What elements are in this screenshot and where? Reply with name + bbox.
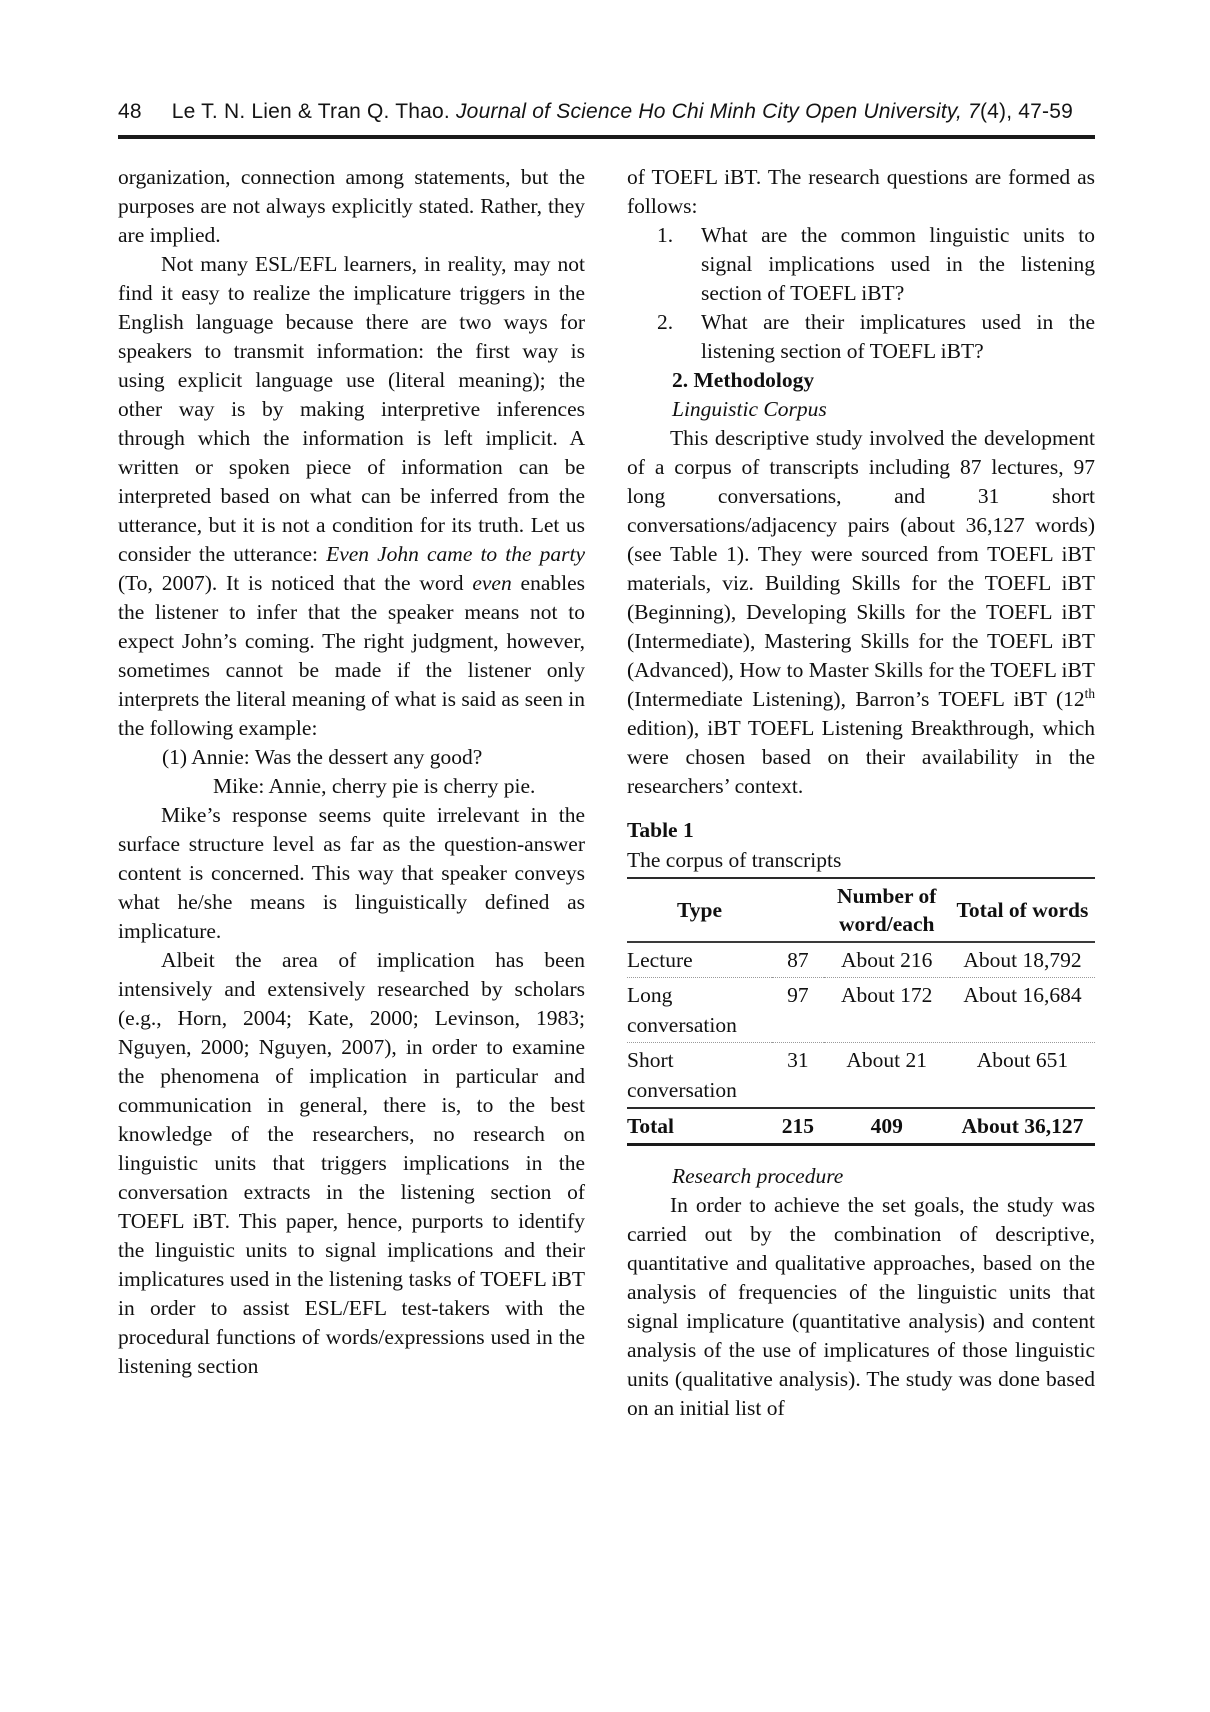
- list-item: 2.What are their implicatures used in th…: [627, 308, 1095, 366]
- table-cell-type: Long conversation: [627, 978, 772, 1043]
- table-1-block: Table 1 The corpus of transcripts Type N…: [627, 815, 1095, 1146]
- text-segment: enables the listener to infer that the s…: [118, 571, 585, 740]
- table-cell-type: Short conversation: [627, 1043, 772, 1109]
- paragraph: Not many ESL/EFL learners, in reality, m…: [118, 250, 585, 743]
- text-segment: of TOEFL iBT. The research questions are…: [627, 165, 1095, 218]
- running-head-journal: Journal of Science Ho Chi Minh City Open…: [456, 100, 980, 123]
- table-cell-count: 97: [772, 978, 823, 1043]
- text-segment: Mike: Annie, cherry pie is cherry pie.: [213, 774, 535, 798]
- right-column: of TOEFL iBT. The research questions are…: [627, 163, 1095, 1423]
- table-cell-count: 87: [772, 942, 823, 978]
- text-segment: Linguistic Corpus: [672, 397, 827, 421]
- page-number: 48: [118, 100, 142, 123]
- table-cell-per-each: About 216: [824, 942, 950, 978]
- table-row: Lecture 87 About 216 About 18,792: [627, 942, 1095, 978]
- text-segment: Mike’s response seems quite irrelevant i…: [118, 803, 585, 943]
- text-segment: Albeit the area of implication has been …: [118, 948, 585, 1378]
- table-cell-total: About 651: [950, 1043, 1095, 1109]
- table-cell-total: About 16,684: [950, 978, 1095, 1043]
- table-row: Short conversation 31 About 21 About 651: [627, 1043, 1095, 1109]
- text-segment: even: [472, 571, 511, 595]
- running-head: 48Le T. N. Lien & Tran Q. Thao. Journal …: [118, 100, 1095, 139]
- col-header-type: Type: [627, 878, 772, 942]
- table-cell-per-each: 409: [824, 1108, 950, 1145]
- text-segment: What are their implicatures used in the …: [701, 310, 1095, 363]
- list-number: 2.: [657, 308, 701, 337]
- text-segment: Even John came to the party: [326, 542, 585, 566]
- table-row: Long conversation 97 About 172 About 16,…: [627, 978, 1095, 1043]
- right-column-top: of TOEFL iBT. The research questions are…: [627, 163, 1095, 801]
- col-header-count: [772, 878, 823, 942]
- text-segment: organization, connection among statement…: [118, 165, 585, 247]
- table-header-row: Type Number of word/each Total of words: [627, 878, 1095, 942]
- running-head-issue: (4), 47-59: [980, 100, 1073, 123]
- table-total-row: Total 215 409 About 36,127: [627, 1108, 1095, 1145]
- example-line: (1) Annie: Was the dessert any good?: [118, 743, 585, 772]
- corpus-table: Type Number of word/each Total of words …: [627, 877, 1095, 1146]
- table-label: Table 1: [627, 815, 1095, 845]
- table-cell-type: Total: [627, 1108, 772, 1145]
- table-cell-type: Lecture: [627, 942, 772, 978]
- text-segment: Not many ESL/EFL learners, in reality, m…: [118, 252, 585, 566]
- text-segment: (1) Annie: Was the dessert any good?: [162, 745, 482, 769]
- col-header-total-words: Total of words: [950, 878, 1095, 942]
- table-cell-total: About 36,127: [950, 1108, 1095, 1145]
- header-rule: [118, 135, 1095, 139]
- text-segment: edition), iBT TOEFL Listening Breakthrou…: [627, 716, 1095, 798]
- table-cell-per-each: About 172: [824, 978, 950, 1043]
- paragraph: Mike’s response seems quite irrelevant i…: [118, 801, 585, 946]
- paragraph: organization, connection among statement…: [118, 163, 585, 250]
- paragraph: In order to achieve the set goals, the s…: [627, 1191, 1095, 1423]
- running-head-authors: Le T. N. Lien & Tran Q. Thao.: [172, 100, 456, 123]
- text-segment: In order to achieve the set goals, the s…: [627, 1193, 1095, 1420]
- text-segment: 2. Methodology: [672, 368, 814, 392]
- table-cell-count: 215: [772, 1108, 823, 1145]
- two-column-body: organization, connection among statement…: [118, 163, 1095, 1423]
- right-column-bottom: Research procedureIn order to achieve th…: [627, 1162, 1095, 1423]
- left-column: organization, connection among statement…: [118, 163, 585, 1423]
- example-line: Mike: Annie, cherry pie is cherry pie.: [118, 772, 585, 801]
- journal-page: 48Le T. N. Lien & Tran Q. Thao. Journal …: [0, 0, 1210, 1712]
- paragraph: This descriptive study involved the deve…: [627, 424, 1095, 801]
- text-segment: What are the common linguistic units to …: [701, 223, 1095, 305]
- list-number: 1.: [657, 221, 701, 250]
- text-segment: th: [1085, 686, 1095, 701]
- table-cell-count: 31: [772, 1043, 823, 1109]
- subsection-heading: Research procedure: [627, 1162, 1095, 1191]
- paragraph: of TOEFL iBT. The research questions are…: [627, 163, 1095, 221]
- text-segment: This descriptive study involved the deve…: [627, 426, 1095, 711]
- section-heading: 2. Methodology: [627, 366, 1095, 395]
- subsection-heading: Linguistic Corpus: [627, 395, 1095, 424]
- table-cell-per-each: About 21: [824, 1043, 950, 1109]
- paragraph: Albeit the area of implication has been …: [118, 946, 585, 1381]
- col-header-number-per-each: Number of word/each: [824, 878, 950, 942]
- text-segment: (To, 2007). It is noticed that the word: [118, 571, 472, 595]
- table-caption: The corpus of transcripts: [627, 845, 1095, 875]
- table-cell-total: About 18,792: [950, 942, 1095, 978]
- list-item: 1.What are the common linguistic units t…: [627, 221, 1095, 308]
- text-segment: Research procedure: [672, 1164, 843, 1188]
